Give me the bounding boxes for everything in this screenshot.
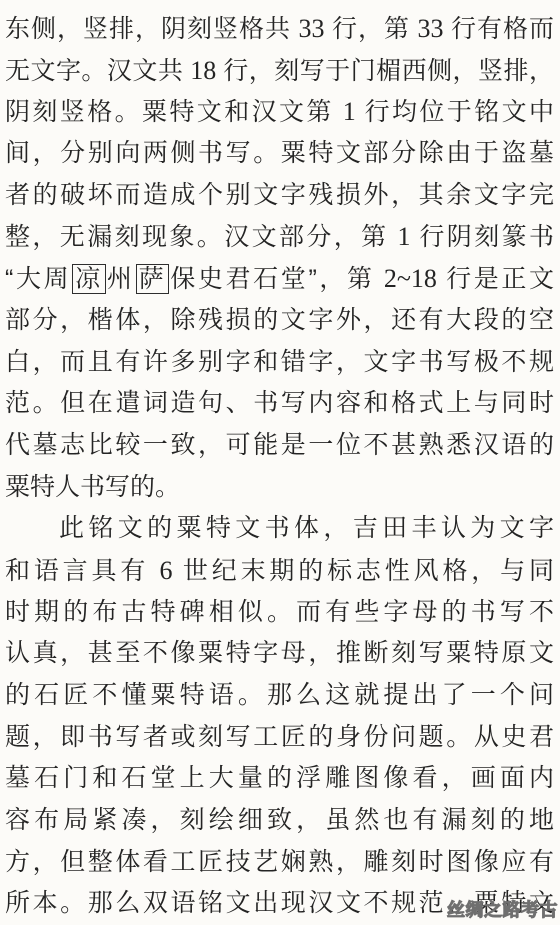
article-body: 东侧，竖排，阴刻竖格共 33 行，第 33 行有格而无文字。汉文共 18 行，刻… (5, 8, 554, 925)
watermark: 丝绸之路考古 (447, 896, 558, 922)
text-line: 无文字。汉文共 18 行，刻写于门楣西侧，竖排， (5, 50, 554, 92)
cjk-text: 行均位于铭文中 (365, 98, 554, 126)
cjk-text: 认真，甚至不像粟特字母，推断刻写粟特原文 (5, 639, 554, 667)
cjk-text: 此铭文的粟特文书体，吉田丰认为文字 (59, 514, 554, 542)
cjk-text: 部分，楷体，除残损的文字外，还有大段的空 (5, 306, 554, 334)
cjk-text: “大周 (5, 265, 71, 293)
cjk-text: 阴刻竖格。粟特文和汉文第 (5, 98, 334, 126)
text-line: 容布局紧凑，刻绘细致，虽然也有漏刻的地 (5, 800, 554, 842)
cjk-text: 白，而且有许多别字和错字，文字书写极不规 (5, 348, 554, 376)
cjk-text: 州 (107, 265, 135, 293)
cjk-text: 间，分别向两侧书写。粟特文部分除由于盗墓 (5, 139, 554, 167)
text-line: 的石匠不懂粟特语。那么这就提出了一个问 (5, 675, 554, 717)
text-line: “大周凉州萨保史君石堂”，第 2~18 行是正文 (5, 258, 554, 300)
number-text: 18 (183, 56, 223, 85)
boxed-character: 萨 (136, 264, 170, 294)
cjk-text: 方，但整体看工匠技艺娴熟，雕刻时图像应有 (5, 848, 554, 876)
text-line: 东侧，竖排，阴刻竖格共 33 行，第 33 行有格而 (5, 8, 554, 50)
number-text: 6 (149, 556, 183, 585)
cjk-text: 的石匠不懂粟特语。那么这就提出了一个问 (5, 681, 554, 709)
cjk-text: 范。但在遣词造句、书写内容和格式上与同时 (5, 389, 554, 417)
text-line: 此铭文的粟特文书体，吉田丰认为文字 (5, 508, 554, 550)
text-line: 间，分别向两侧书写。粟特文部分除由于盗墓 (5, 133, 554, 175)
text-line: 阴刻竖格。粟特文和汉文第 1 行均位于铭文中 (5, 91, 554, 133)
text-line: 整，无漏刻现象。汉文部分，第 1 行阴刻篆书 (5, 216, 554, 258)
text-line: 代墓志比较一致，可能是一位不甚熟悉汉语的 (5, 425, 554, 467)
number-text: 2~18 (375, 264, 446, 293)
cjk-text: 代墓志比较一致，可能是一位不甚熟悉汉语的 (5, 431, 554, 459)
cjk-text: 行是正文 (446, 265, 554, 293)
number-text: 1 (389, 222, 420, 251)
text-line: 题，即书写者或刻写工匠的身份问题。从史君 (5, 717, 554, 759)
text-line: 粟特人书写的。 (5, 467, 554, 509)
text-line: 者的破坏而造成个别文字残损外，其余文字完 (5, 175, 554, 217)
cjk-text: 世纪末期的标志性风格，与同 (183, 557, 554, 585)
text-line: 部分，楷体，除残损的文字外，还有大段的空 (5, 300, 554, 342)
number-text: 1 (334, 97, 365, 126)
cjk-text: 粟特人书写的。 (5, 473, 180, 501)
number-text: 33 (410, 14, 451, 43)
cjk-text: 行，刻写于门楣西侧，竖排， (223, 57, 554, 85)
cjk-text: 东侧，竖排，阴刻竖格共 (5, 15, 291, 43)
boxed-character: 凉 (72, 264, 106, 294)
text-line: 和语言具有 6 世纪末期的标志性风格，与同 (5, 550, 554, 592)
text-line: 认真，甚至不像粟特字母，推断刻写粟特原文 (5, 633, 554, 675)
page: 东侧，竖排，阴刻竖格共 33 行，第 33 行有格而无文字。汉文共 18 行，刻… (0, 0, 560, 925)
cjk-text: 题，即书写者或刻写工匠的身份问题。从史君 (5, 723, 554, 751)
text-line: 墓石门和石堂上大量的浮雕图像看，画面内 (5, 758, 554, 800)
cjk-text: 时期的布古特碑相似。而有些字母的书写不 (5, 598, 554, 626)
cjk-text: 整，无漏刻现象。汉文部分，第 (5, 223, 389, 251)
cjk-text: 容布局紧凑，刻绘细致，虽然也有漏刻的地 (5, 806, 554, 834)
cjk-text: 和语言具有 (5, 557, 149, 585)
cjk-text: 者的破坏而造成个别文字残损外，其余文字完 (5, 181, 554, 209)
cjk-text: 行，第 (332, 15, 410, 43)
cjk-text: 无文字。汉文共 (5, 57, 183, 85)
text-line: 时期的布古特碑相似。而有些字母的书写不 (5, 592, 554, 634)
text-line: 方，但整体看工匠技艺娴熟，雕刻时图像应有 (5, 842, 554, 884)
text-line: 白，而且有许多别字和错字，文字书写极不规 (5, 342, 554, 384)
cjk-text: 墓石门和石堂上大量的浮雕图像看，画面内 (5, 764, 554, 792)
cjk-text: 行有格而 (451, 15, 554, 43)
cjk-text: 保史君石堂”，第 (170, 265, 374, 293)
cjk-text: 行阴刻篆书 (419, 223, 554, 251)
number-text: 33 (291, 14, 332, 43)
text-line: 范。但在遣词造句、书写内容和格式上与同时 (5, 383, 554, 425)
